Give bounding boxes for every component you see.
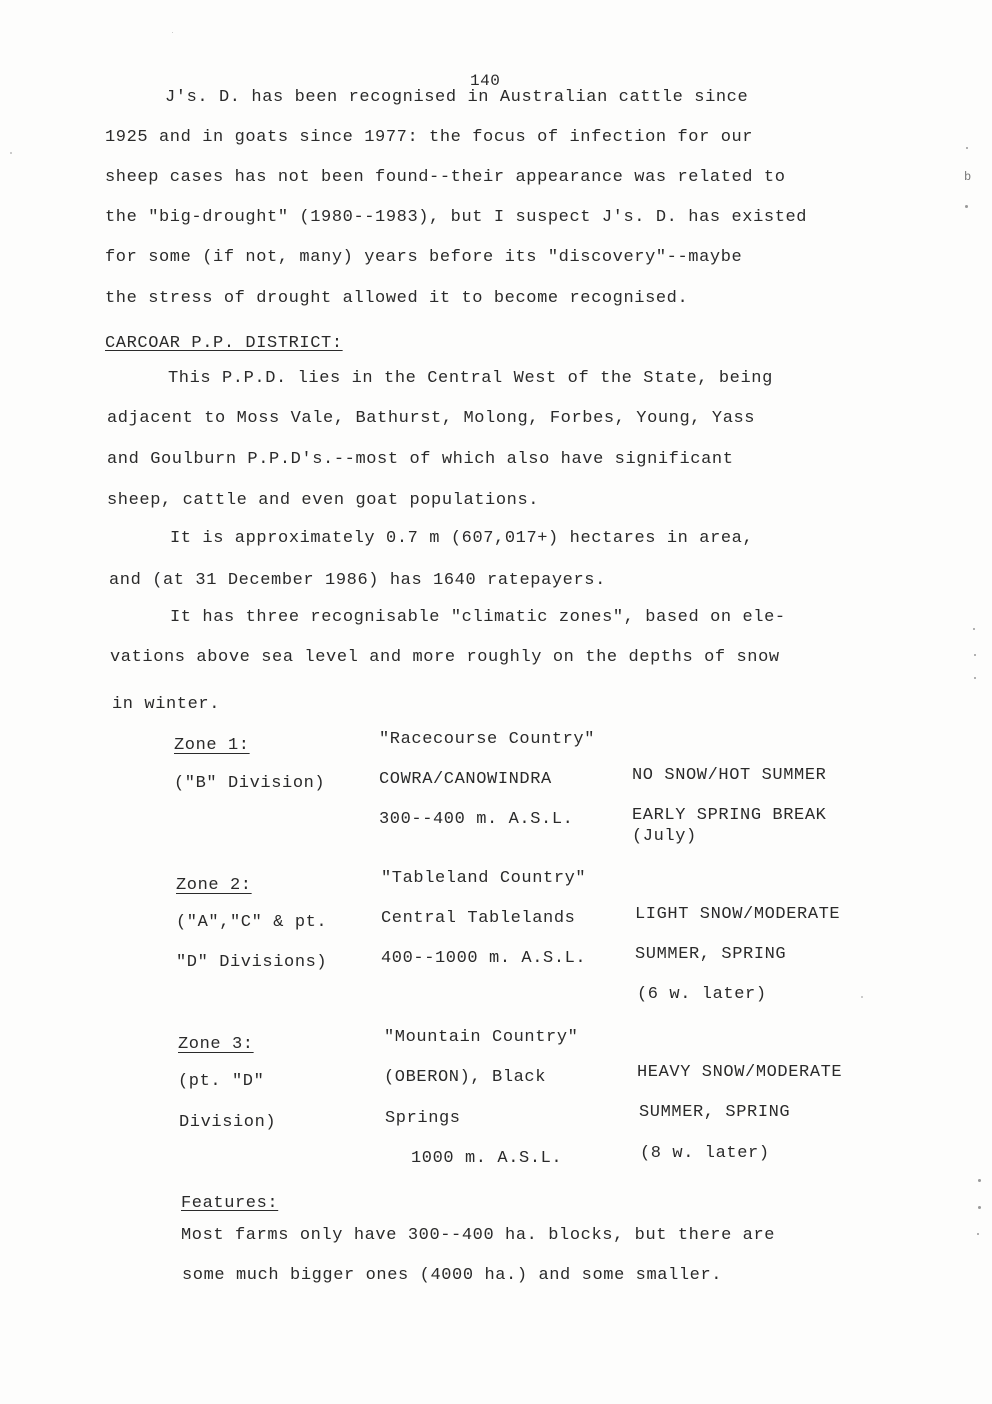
- zone-name: "Tableland Country": [381, 869, 586, 888]
- zone-division: ("A","C" & pt.: [176, 913, 327, 932]
- text-line: some much bigger ones (4000 ha.) and som…: [182, 1266, 722, 1285]
- zone-division: (pt. "D": [178, 1072, 264, 1091]
- zone-place: Springs: [385, 1109, 461, 1128]
- zone-place: (OBERON), Black: [384, 1068, 546, 1087]
- text-line: It has three recognisable "climatic zone…: [170, 608, 786, 627]
- text-line: This P.P.D. lies in the Central West of …: [168, 369, 773, 388]
- scan-speck: [861, 996, 863, 998]
- zone-name: "Mountain Country": [384, 1028, 578, 1047]
- zone-climate: NO SNOW/HOT SUMMER: [632, 766, 826, 785]
- zone-label: Zone 1:: [174, 736, 250, 755]
- text-line: in winter.: [112, 695, 220, 714]
- zone-climate: (8 w. later): [640, 1144, 770, 1163]
- section-heading: CARCOAR P.P. DISTRICT:: [105, 334, 343, 353]
- zone-climate: LIGHT SNOW/MODERATE: [635, 905, 840, 924]
- zone-division: "D" Divisions): [176, 953, 327, 972]
- text-line: the stress of drought allowed it to beco…: [105, 289, 688, 308]
- zone-climate: SUMMER, SPRING: [635, 945, 786, 964]
- zone-elevation: 300--400 m. A.S.L.: [379, 810, 573, 829]
- scan-speck: [977, 1233, 979, 1235]
- margin-mark: b: [964, 172, 971, 182]
- scan-speck: [974, 654, 976, 656]
- zone-elevation: 1000 m. A.S.L.: [411, 1149, 562, 1168]
- zone-place: Central Tablelands: [381, 909, 575, 928]
- zone-elevation: 400--1000 m. A.S.L.: [381, 949, 586, 968]
- text-line: sheep, cattle and even goat populations.: [107, 491, 539, 510]
- zone-climate: (6 w. later): [637, 985, 767, 1004]
- text-line: adjacent to Moss Vale, Bathurst, Molong,…: [107, 409, 755, 428]
- zone-division: ("B" Division): [174, 774, 325, 793]
- text-line: It is approximately 0.7 m (607,017+) hec…: [170, 529, 753, 548]
- scan-speck: [978, 1179, 981, 1182]
- text-line: for some (if not, many) years before its…: [105, 248, 875, 267]
- text-line: Most farms only have 300--400 ha. blocks…: [181, 1226, 775, 1245]
- text-line: vations above sea level and more roughly…: [110, 648, 780, 667]
- scan-speck: [974, 677, 976, 679]
- scan-speck: [966, 147, 968, 149]
- scan-speck: [10, 152, 12, 154]
- document-page: 140 J's. D. has been recognised in Austr…: [0, 0, 992, 1404]
- text-line: and Goulburn P.P.D's.--most of which als…: [107, 450, 734, 469]
- text-line: the "big-drought" (1980--1983), but I su…: [105, 208, 885, 227]
- zone-name: "Racecourse Country": [379, 730, 595, 749]
- zone-climate: HEAVY SNOW/MODERATE: [637, 1063, 842, 1082]
- text-line: J's. D. has been recognised in Australia…: [165, 88, 873, 107]
- text-line: and (at 31 December 1986) has 1640 ratep…: [109, 571, 606, 590]
- text-line: sheep cases has not been found--their ap…: [105, 168, 875, 187]
- zone-climate: EARLY SPRING BREAK: [632, 806, 826, 825]
- zone-label: Zone 3:: [178, 1035, 254, 1054]
- scan-speck: [172, 32, 173, 33]
- features-heading: Features:: [181, 1194, 278, 1213]
- scan-speck: [973, 628, 975, 630]
- zone-label: Zone 2:: [176, 876, 252, 895]
- text-line: 1925 and in goats since 1977: the focus …: [105, 128, 875, 147]
- zone-climate: (July): [632, 827, 697, 846]
- scan-speck: [978, 1206, 981, 1209]
- zone-place: COWRA/CANOWINDRA: [379, 770, 552, 789]
- scan-speck: [965, 205, 968, 208]
- zone-climate: SUMMER, SPRING: [639, 1103, 790, 1122]
- zone-division: Division): [179, 1113, 276, 1132]
